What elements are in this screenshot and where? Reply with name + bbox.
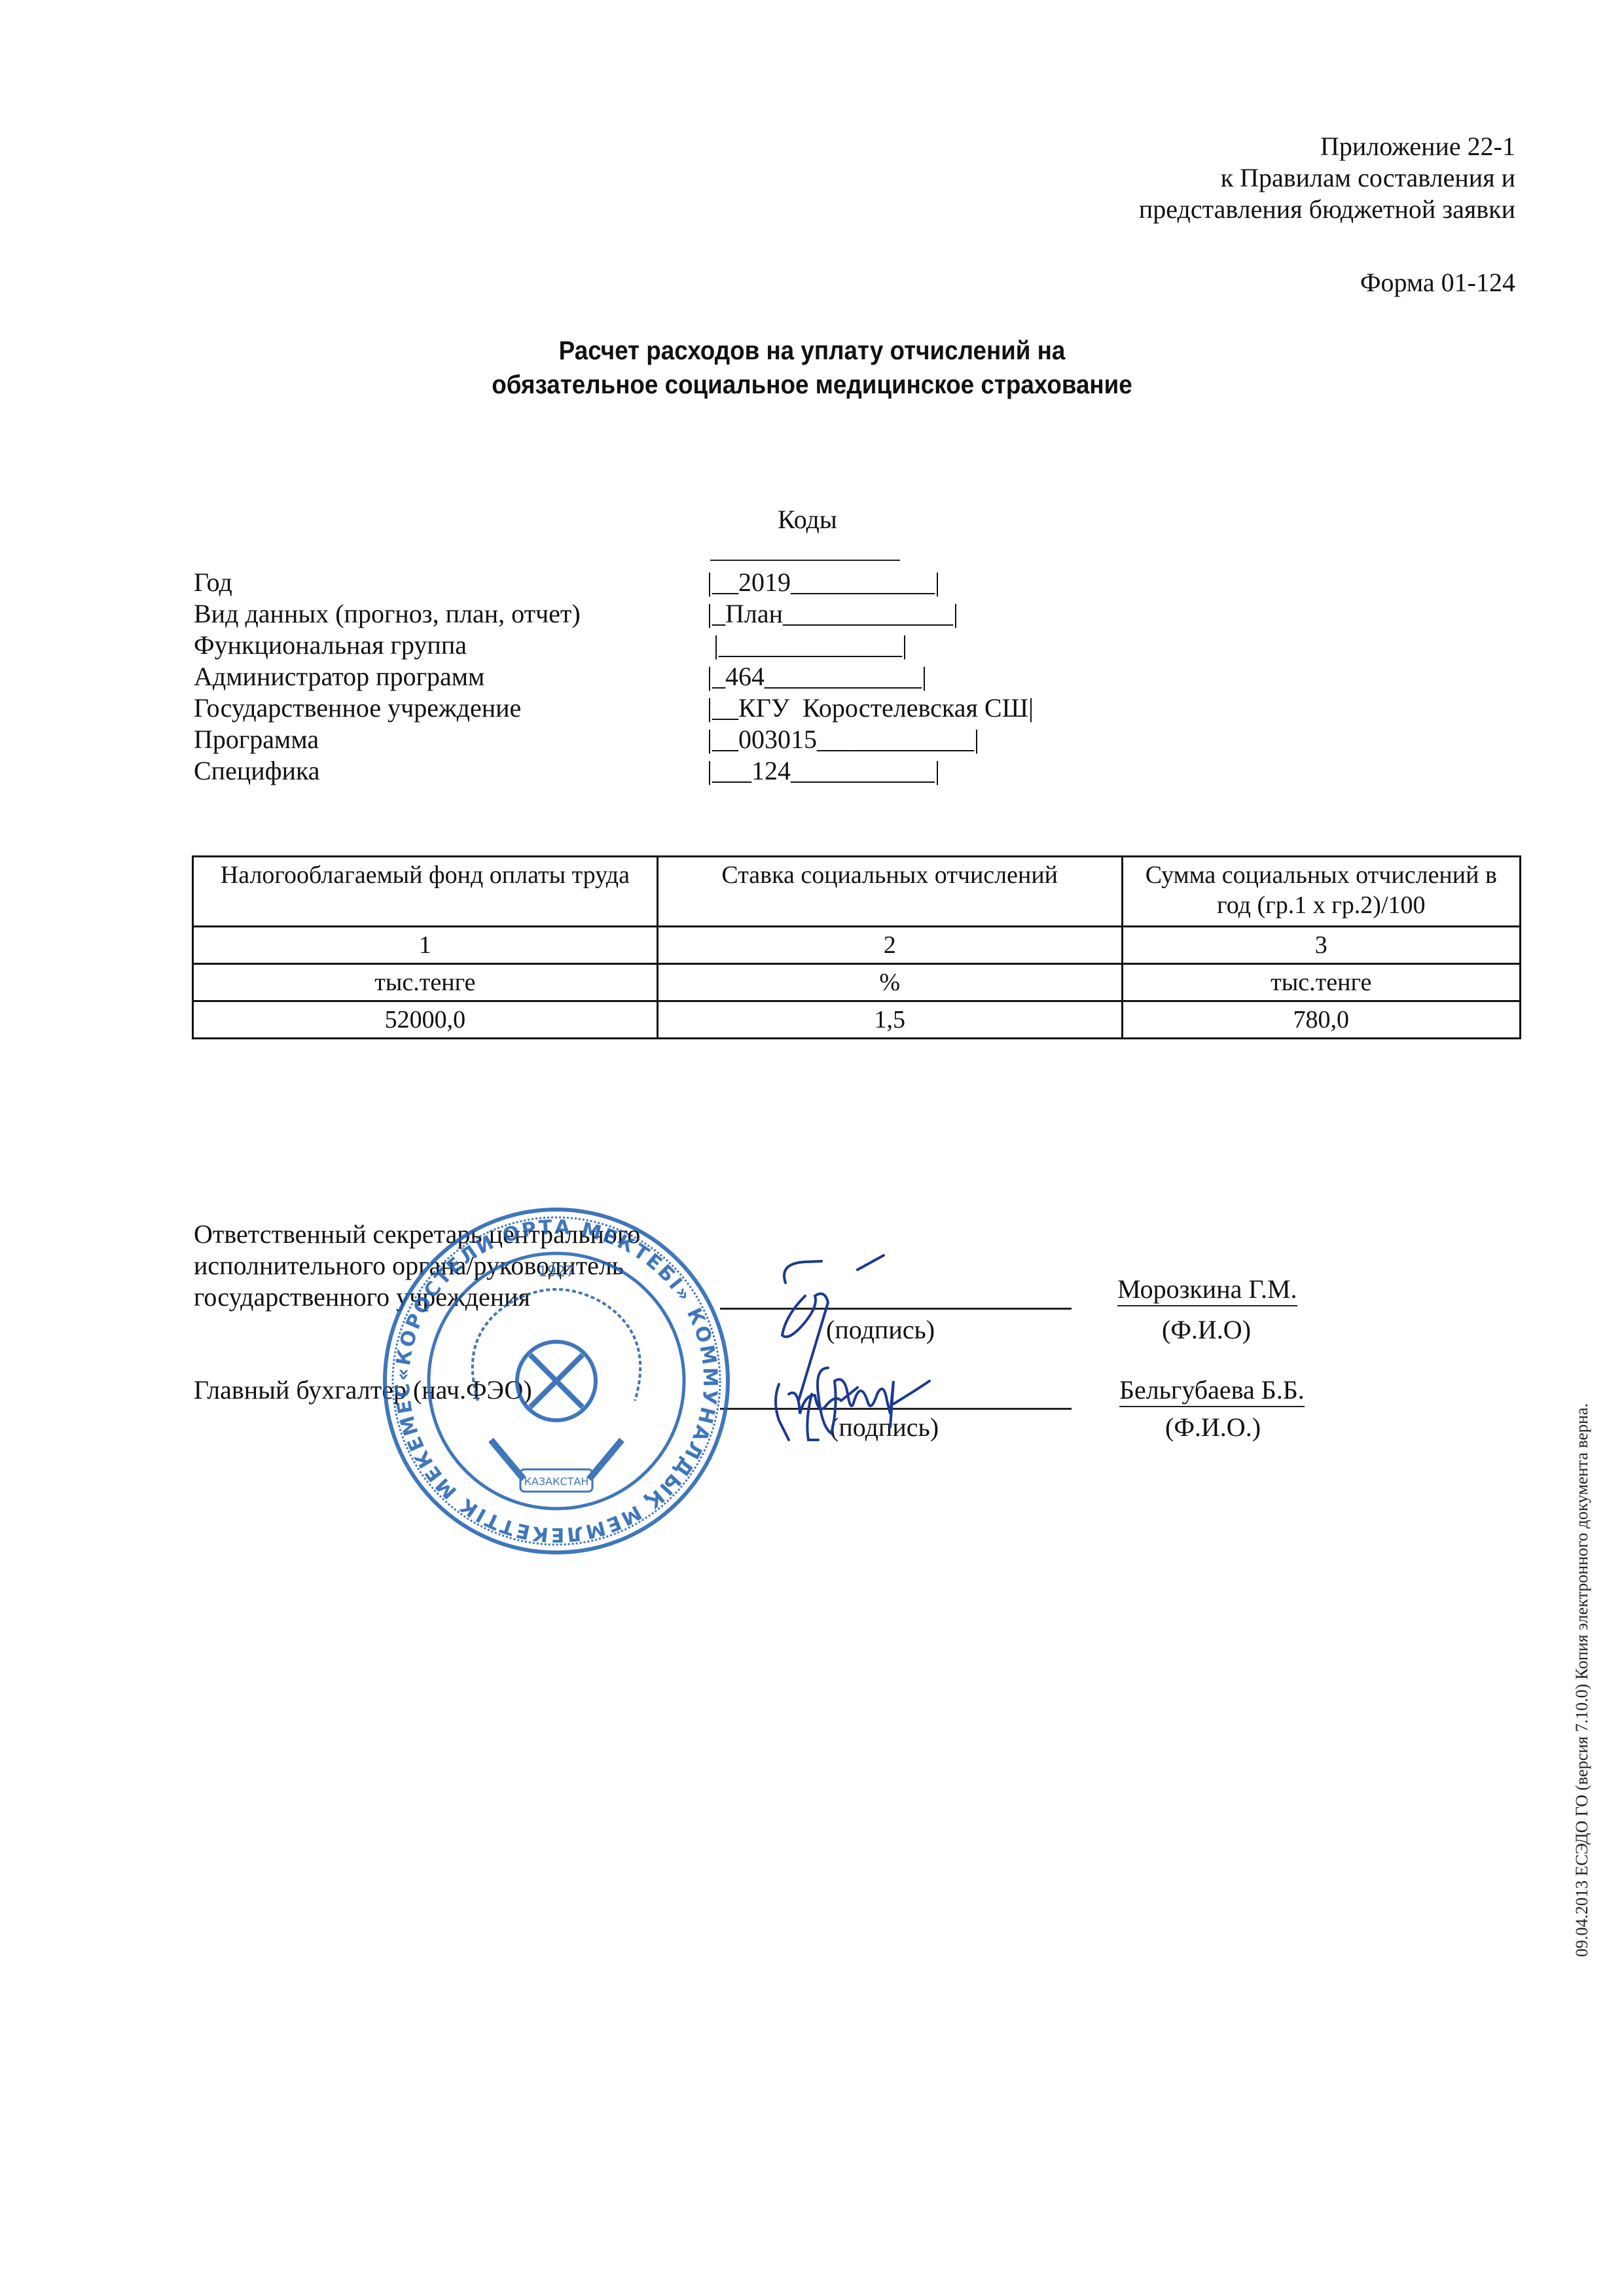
signature-line-responsible	[720, 1308, 1072, 1310]
name-caption: (Ф.И.О.)	[1165, 1412, 1261, 1443]
field-program-admin: Администратор программ |_464____________…	[194, 661, 1034, 692]
table-cell: 780,0	[1122, 1001, 1520, 1039]
signature-caption: (подпись)	[826, 1314, 935, 1346]
field-label: Администратор программ	[194, 661, 707, 692]
name-caption: (Ф.И.О)	[1162, 1314, 1251, 1346]
accountant-name: Бельгубаева Б.Б.	[1119, 1374, 1305, 1407]
field-label: Государственное учреждение	[194, 692, 707, 724]
table-cell: тыс.тенге	[193, 964, 658, 1001]
table-row-column-numbers: 1 2 3	[193, 927, 1521, 964]
appendix-line: Приложение 22-1	[1139, 131, 1515, 162]
field-value: |______________|	[707, 630, 907, 661]
field-data-type: Вид данных (прогноз, план, отчет) |_План…	[194, 598, 1034, 630]
field-value: |__003015____________|	[707, 724, 979, 755]
appendix-reference: Приложение 22-1 к Правилам составления и…	[1139, 131, 1515, 225]
signature-line-accountant	[720, 1408, 1072, 1410]
table-header-row: Налогооблагаемый фонд оплаты труда Ставк…	[193, 857, 1521, 927]
responsible-name: Морозкина Г.М.	[1117, 1274, 1297, 1306]
table-header-cell: Сумма социальных отчислений в год (гр.1 …	[1122, 857, 1520, 927]
role-line: исполнительного органа/руководитель	[194, 1250, 640, 1282]
field-label: Вид данных (прогноз, план, отчет)	[194, 598, 707, 630]
table-row-values: 52000,0 1,5 780,0	[193, 1001, 1521, 1039]
table-cell: тыс.тенге	[1122, 964, 1520, 1001]
table-cell: 52000,0	[193, 1001, 658, 1039]
field-label: Программа	[194, 724, 707, 755]
role-line: государственного учреждения	[194, 1282, 640, 1313]
role-line: Ответственный секретарь центрального	[194, 1219, 640, 1250]
table-cell: 3	[1122, 927, 1520, 964]
field-label: Год	[194, 567, 707, 598]
table-cell: %	[657, 964, 1122, 1001]
appendix-line: к Правилам составления и	[1139, 162, 1515, 194]
title-line: обязательное социальное медицинское стра…	[65, 368, 1559, 402]
table-cell: 1	[193, 927, 658, 964]
table-row-units: тыс.тенге % тыс.тенге	[193, 964, 1521, 1001]
field-value: |__КГУ Коростелевская СШ|	[707, 692, 1034, 724]
field-specifics: Специфика |___124___________|	[194, 755, 1034, 787]
appendix-line: представления бюджетной заявки	[1139, 194, 1515, 225]
codes-fields: Год |__2019___________| Вид данных (прог…	[194, 567, 1034, 787]
field-year: Год |__2019___________|	[194, 567, 1034, 598]
field-value: |_464____________|	[707, 661, 927, 692]
field-value: |__2019___________|	[707, 567, 940, 598]
field-program: Программа |__003015____________|	[194, 724, 1034, 755]
field-value: |_План_____________|	[707, 598, 958, 630]
form-number: Форма 01-124	[1360, 267, 1515, 298]
field-institution: Государственное учреждение |__КГУ Корост…	[194, 692, 1034, 724]
table-header-cell: Ставка социальных отчислений	[657, 857, 1122, 927]
accountant-role: Главный бухгалтер (нач.ФЭО)	[194, 1374, 532, 1406]
codes-divider	[710, 560, 900, 561]
table-cell: 1,5	[657, 1001, 1122, 1039]
codes-label: Коды	[778, 504, 837, 535]
electronic-copy-note: 09.04.2013 ЕСЭДО ГО (версия 7.10.0) Копи…	[1572, 1403, 1592, 1957]
table-cell: 2	[657, 927, 1122, 964]
field-label: Функциональная группа	[194, 630, 707, 661]
table-header-cell: Налогооблагаемый фонд оплаты труда	[193, 857, 658, 927]
field-value: |___124___________|	[707, 755, 940, 787]
calculation-table: Налогооблагаемый фонд оплаты труда Ставк…	[192, 855, 1521, 1039]
stamp-emblem-text: КАЗАКСТАН	[524, 1475, 589, 1488]
field-label: Специфика	[194, 755, 707, 787]
field-functional-group: Функциональная группа |______________|	[194, 630, 1034, 661]
title-line: Расчет расходов на уплату отчислений на	[65, 334, 1559, 368]
responsible-role: Ответственный секретарь центрального исп…	[194, 1219, 640, 1313]
signature-caption: (подпись)	[830, 1412, 939, 1443]
document-title: Расчет расходов на уплату отчислений на …	[65, 334, 1559, 402]
